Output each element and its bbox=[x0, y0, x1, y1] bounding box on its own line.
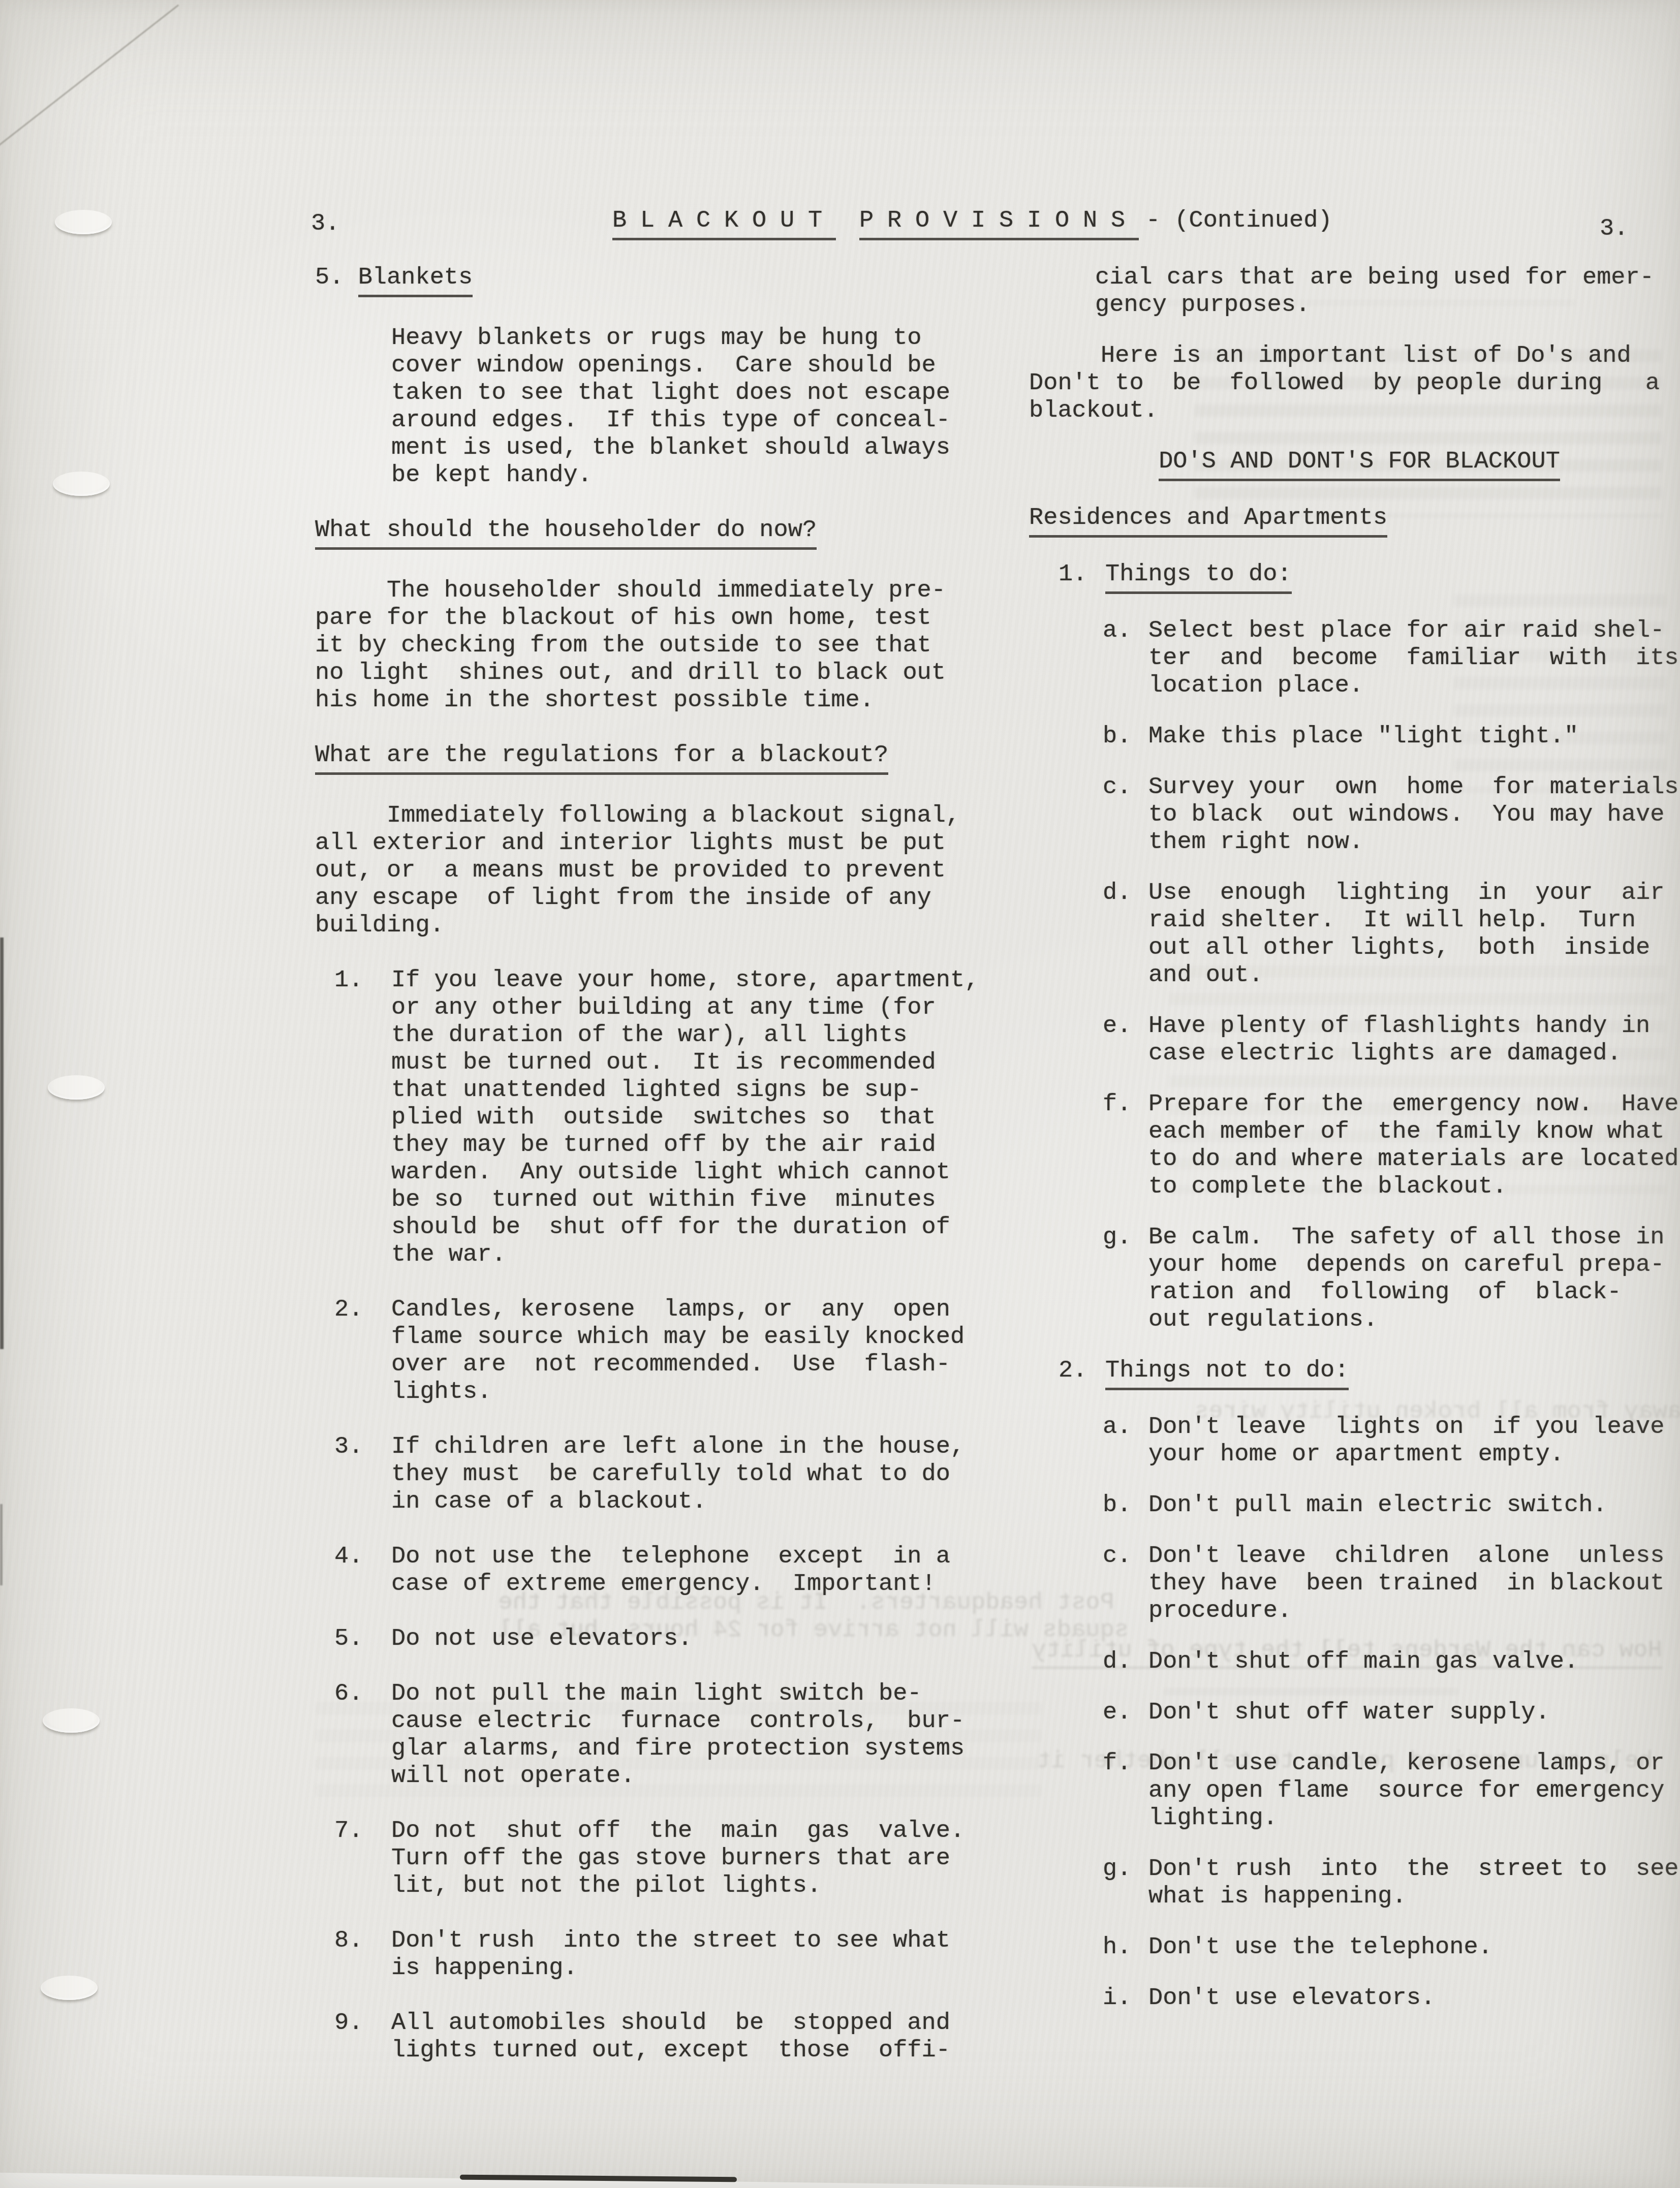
item-text: Don't pull main electric switch. bbox=[1148, 1492, 1680, 1519]
item-text: If children are left alone in the house,… bbox=[391, 1433, 1062, 1516]
regulation-item-7: 7. Do not shut off the main gas valve. T… bbox=[315, 1818, 1062, 1900]
item-number: 5. bbox=[334, 1626, 363, 1653]
item-text: Don't use elevators. bbox=[1148, 1985, 1680, 2012]
item-letter: f. bbox=[1103, 1750, 1131, 1777]
page-number-left: 3. bbox=[311, 210, 339, 238]
item-text: Select best place for air raid shel- ter… bbox=[1148, 617, 1680, 700]
item-text: Don't leave lights on if you leave your … bbox=[1148, 1414, 1680, 1468]
item-text: Do not use elevators. bbox=[391, 1626, 1062, 1653]
blankets-number: 5. bbox=[315, 264, 344, 291]
blankets-heading: Blankets bbox=[358, 264, 473, 297]
punch-hole bbox=[48, 1075, 105, 1100]
blankets-heading-row: 5. Blankets bbox=[315, 264, 1062, 297]
page-header: 3. BLACKOUTPROVISIONS- (Continued) 3. bbox=[0, 207, 1680, 268]
item-number: 3. bbox=[334, 1433, 363, 1461]
todo-item-e: e. Have plenty of flashlights handy in c… bbox=[1029, 1013, 1680, 1068]
item-letter: d. bbox=[1103, 1648, 1131, 1676]
item-number: 2. bbox=[334, 1296, 363, 1324]
item-text: Survey your own home for materials to bl… bbox=[1148, 774, 1680, 856]
dont-item-h: h. Don't use the telephone. bbox=[1029, 1934, 1680, 1961]
regulation-item-9: 9. All automobiles should be stopped and… bbox=[315, 2010, 1062, 2065]
item-letter: c. bbox=[1103, 1543, 1131, 1570]
dont-item-i: i. Don't use elevators. bbox=[1029, 1985, 1680, 2012]
item-text: Make this place "light tight." bbox=[1148, 723, 1680, 751]
document-title: BLACKOUTPROVISIONS- (Continued) bbox=[612, 207, 1332, 240]
regulations-paragraph: Immediately following a blackout signal,… bbox=[315, 802, 1062, 940]
item-letter: c. bbox=[1103, 774, 1131, 801]
scan-edge-streak bbox=[0, 1504, 3, 1585]
title-word-provisions: PROVISIONS bbox=[859, 207, 1139, 240]
item-letter: f. bbox=[1103, 1091, 1131, 1118]
regulation-item-5: 5. Do not use elevators. bbox=[315, 1626, 1062, 1653]
item-letter: b. bbox=[1103, 1492, 1131, 1519]
todo-item-c: c. Survey your own home for materials to… bbox=[1029, 774, 1680, 856]
todo-item-f: f. Prepare for the emergency now. Have e… bbox=[1029, 1091, 1680, 1201]
regulations-heading-row: What are the regulations for a blackout? bbox=[315, 742, 1062, 775]
todo-item-g: g. Be calm. The safety of all those in y… bbox=[1029, 1224, 1680, 1334]
item-text: If you leave your home, store, apartment… bbox=[391, 967, 1062, 1269]
punch-hole bbox=[41, 1976, 98, 2000]
punch-hole bbox=[43, 1708, 100, 1733]
list-number: 2. bbox=[1059, 1357, 1087, 1385]
scanned-page: Post headquarters. It is possible that t… bbox=[0, 0, 1680, 2188]
item-text: Don't shut off main gas valve. bbox=[1148, 1648, 1680, 1676]
dont-item-e: e. Don't shut off water supply. bbox=[1029, 1699, 1680, 1727]
things-not-to-do-heading-row: 2. Things not to do: bbox=[1029, 1357, 1680, 1390]
dos-donts-heading: DO'S AND DONT'S FOR BLACKOUT bbox=[1159, 448, 1560, 481]
item-text: Be calm. The safety of all those in your… bbox=[1148, 1224, 1680, 1334]
things-not-to-do-heading: Things not to do: bbox=[1105, 1357, 1349, 1390]
punch-hole bbox=[53, 472, 110, 496]
item-letter: d. bbox=[1103, 880, 1131, 907]
todo-item-b: b. Make this place "light tight." bbox=[1029, 723, 1680, 751]
residences-heading-row: Residences and Apartments bbox=[1029, 505, 1680, 538]
todo-item-d: d. Use enough lighting in your air raid … bbox=[1029, 880, 1680, 989]
item-letter: e. bbox=[1103, 1013, 1131, 1040]
item-number: 1. bbox=[334, 967, 363, 994]
item-text: Candles, kerosene lamps, or any open fla… bbox=[391, 1296, 1062, 1406]
item9-continuation: cial cars that are being used for emer- … bbox=[1029, 264, 1680, 319]
item-text: Do not shut off the main gas valve. Turn… bbox=[391, 1818, 1062, 1900]
householder-paragraph: The householder should immediately pre- … bbox=[315, 577, 1062, 714]
things-to-do-heading: Things to do: bbox=[1105, 561, 1292, 594]
list-number: 1. bbox=[1059, 561, 1087, 588]
todo-item-a: a. Select best place for air raid shel- … bbox=[1029, 617, 1680, 700]
dont-item-f: f. Don't use candle, kerosene lamps, or … bbox=[1029, 1750, 1680, 1832]
right-column: cial cars that are being used for emer- … bbox=[1029, 264, 1680, 2036]
item-text: Don't use candle, kerosene lamps, or any… bbox=[1148, 1750, 1680, 1832]
item-text: Do not pull the main light switch be- ca… bbox=[391, 1680, 1062, 1790]
paper-crease bbox=[0, 5, 179, 150]
householder-heading-row: What should the householder do now? bbox=[315, 517, 1062, 550]
item-letter: g. bbox=[1103, 1856, 1131, 1883]
item-number: 4. bbox=[334, 1543, 363, 1571]
regulation-item-3: 3. If children are left alone in the hou… bbox=[315, 1433, 1062, 1516]
item-number: 8. bbox=[334, 1927, 363, 1955]
regulation-item-4: 4. Do not use the telephone except in a … bbox=[315, 1543, 1062, 1598]
regulation-item-6: 6. Do not pull the main light switch be-… bbox=[315, 1680, 1062, 1790]
dont-item-a: a. Don't leave lights on if you leave yo… bbox=[1029, 1414, 1680, 1468]
things-to-do-heading-row: 1. Things to do: bbox=[1029, 561, 1680, 594]
dos-donts-heading-row: DO'S AND DONT'S FOR BLACKOUT bbox=[1029, 448, 1680, 481]
item-letter: i. bbox=[1103, 1985, 1131, 2012]
blankets-paragraph: Heavy blankets or rugs may be hung to co… bbox=[315, 325, 1062, 489]
item-text: Don't rush into the street to see what i… bbox=[1148, 1856, 1680, 1911]
title-word-blackout: BLACKOUT bbox=[612, 207, 836, 240]
item-letter: g. bbox=[1103, 1224, 1131, 1252]
item-text: Have plenty of flashlights handy in case… bbox=[1148, 1013, 1680, 1068]
residences-heading: Residences and Apartments bbox=[1029, 505, 1387, 538]
item-text: Don't rush into the street to see what i… bbox=[391, 1927, 1062, 1982]
item-letter: h. bbox=[1103, 1934, 1131, 1961]
title-continued: - (Continued) bbox=[1146, 207, 1332, 234]
item-text: Don't leave children alone unless they h… bbox=[1148, 1543, 1680, 1625]
item-text: Prepare for the emergency now. Have each… bbox=[1148, 1091, 1680, 1201]
dont-item-c: c. Don't leave children alone unless the… bbox=[1029, 1543, 1680, 1625]
item-letter: e. bbox=[1103, 1699, 1131, 1727]
dont-item-b: b. Don't pull main electric switch. bbox=[1029, 1492, 1680, 1519]
dont-item-g: g. Don't rush into the street to see wha… bbox=[1029, 1856, 1680, 1911]
item-text: Use enough lighting in your air raid she… bbox=[1148, 880, 1680, 989]
item-letter: a. bbox=[1103, 617, 1131, 645]
item-text: Don't use the telephone. bbox=[1148, 1934, 1680, 1961]
householder-heading: What should the householder do now? bbox=[315, 517, 817, 550]
page-number-right: 3. bbox=[1600, 215, 1628, 243]
item-letter: a. bbox=[1103, 1414, 1131, 1441]
scan-edge-streak bbox=[0, 937, 4, 1349]
regulations-heading: What are the regulations for a blackout? bbox=[315, 742, 888, 775]
item-number: 9. bbox=[334, 2010, 363, 2037]
item-text: Don't shut off water supply. bbox=[1148, 1699, 1680, 1727]
intro-paragraph: Here is an important list of Do's and Do… bbox=[1029, 342, 1680, 425]
regulation-item-2: 2. Candles, kerosene lamps, or any open … bbox=[315, 1296, 1062, 1406]
item-number: 7. bbox=[334, 1818, 363, 1845]
item-letter: b. bbox=[1103, 723, 1131, 751]
item-text: All automobiles should be stopped and li… bbox=[391, 2010, 1062, 2065]
dont-item-d: d. Don't shut off main gas valve. bbox=[1029, 1648, 1680, 1676]
item-text: Do not use the telephone except in a cas… bbox=[391, 1543, 1062, 1598]
regulation-item-1: 1. If you leave your home, store, apartm… bbox=[315, 967, 1062, 1269]
left-column: 5. Blankets Heavy blankets or rugs may b… bbox=[315, 264, 1062, 2092]
regulation-item-8: 8. Don't rush into the street to see wha… bbox=[315, 1927, 1062, 1982]
item-number: 6. bbox=[334, 1680, 363, 1708]
